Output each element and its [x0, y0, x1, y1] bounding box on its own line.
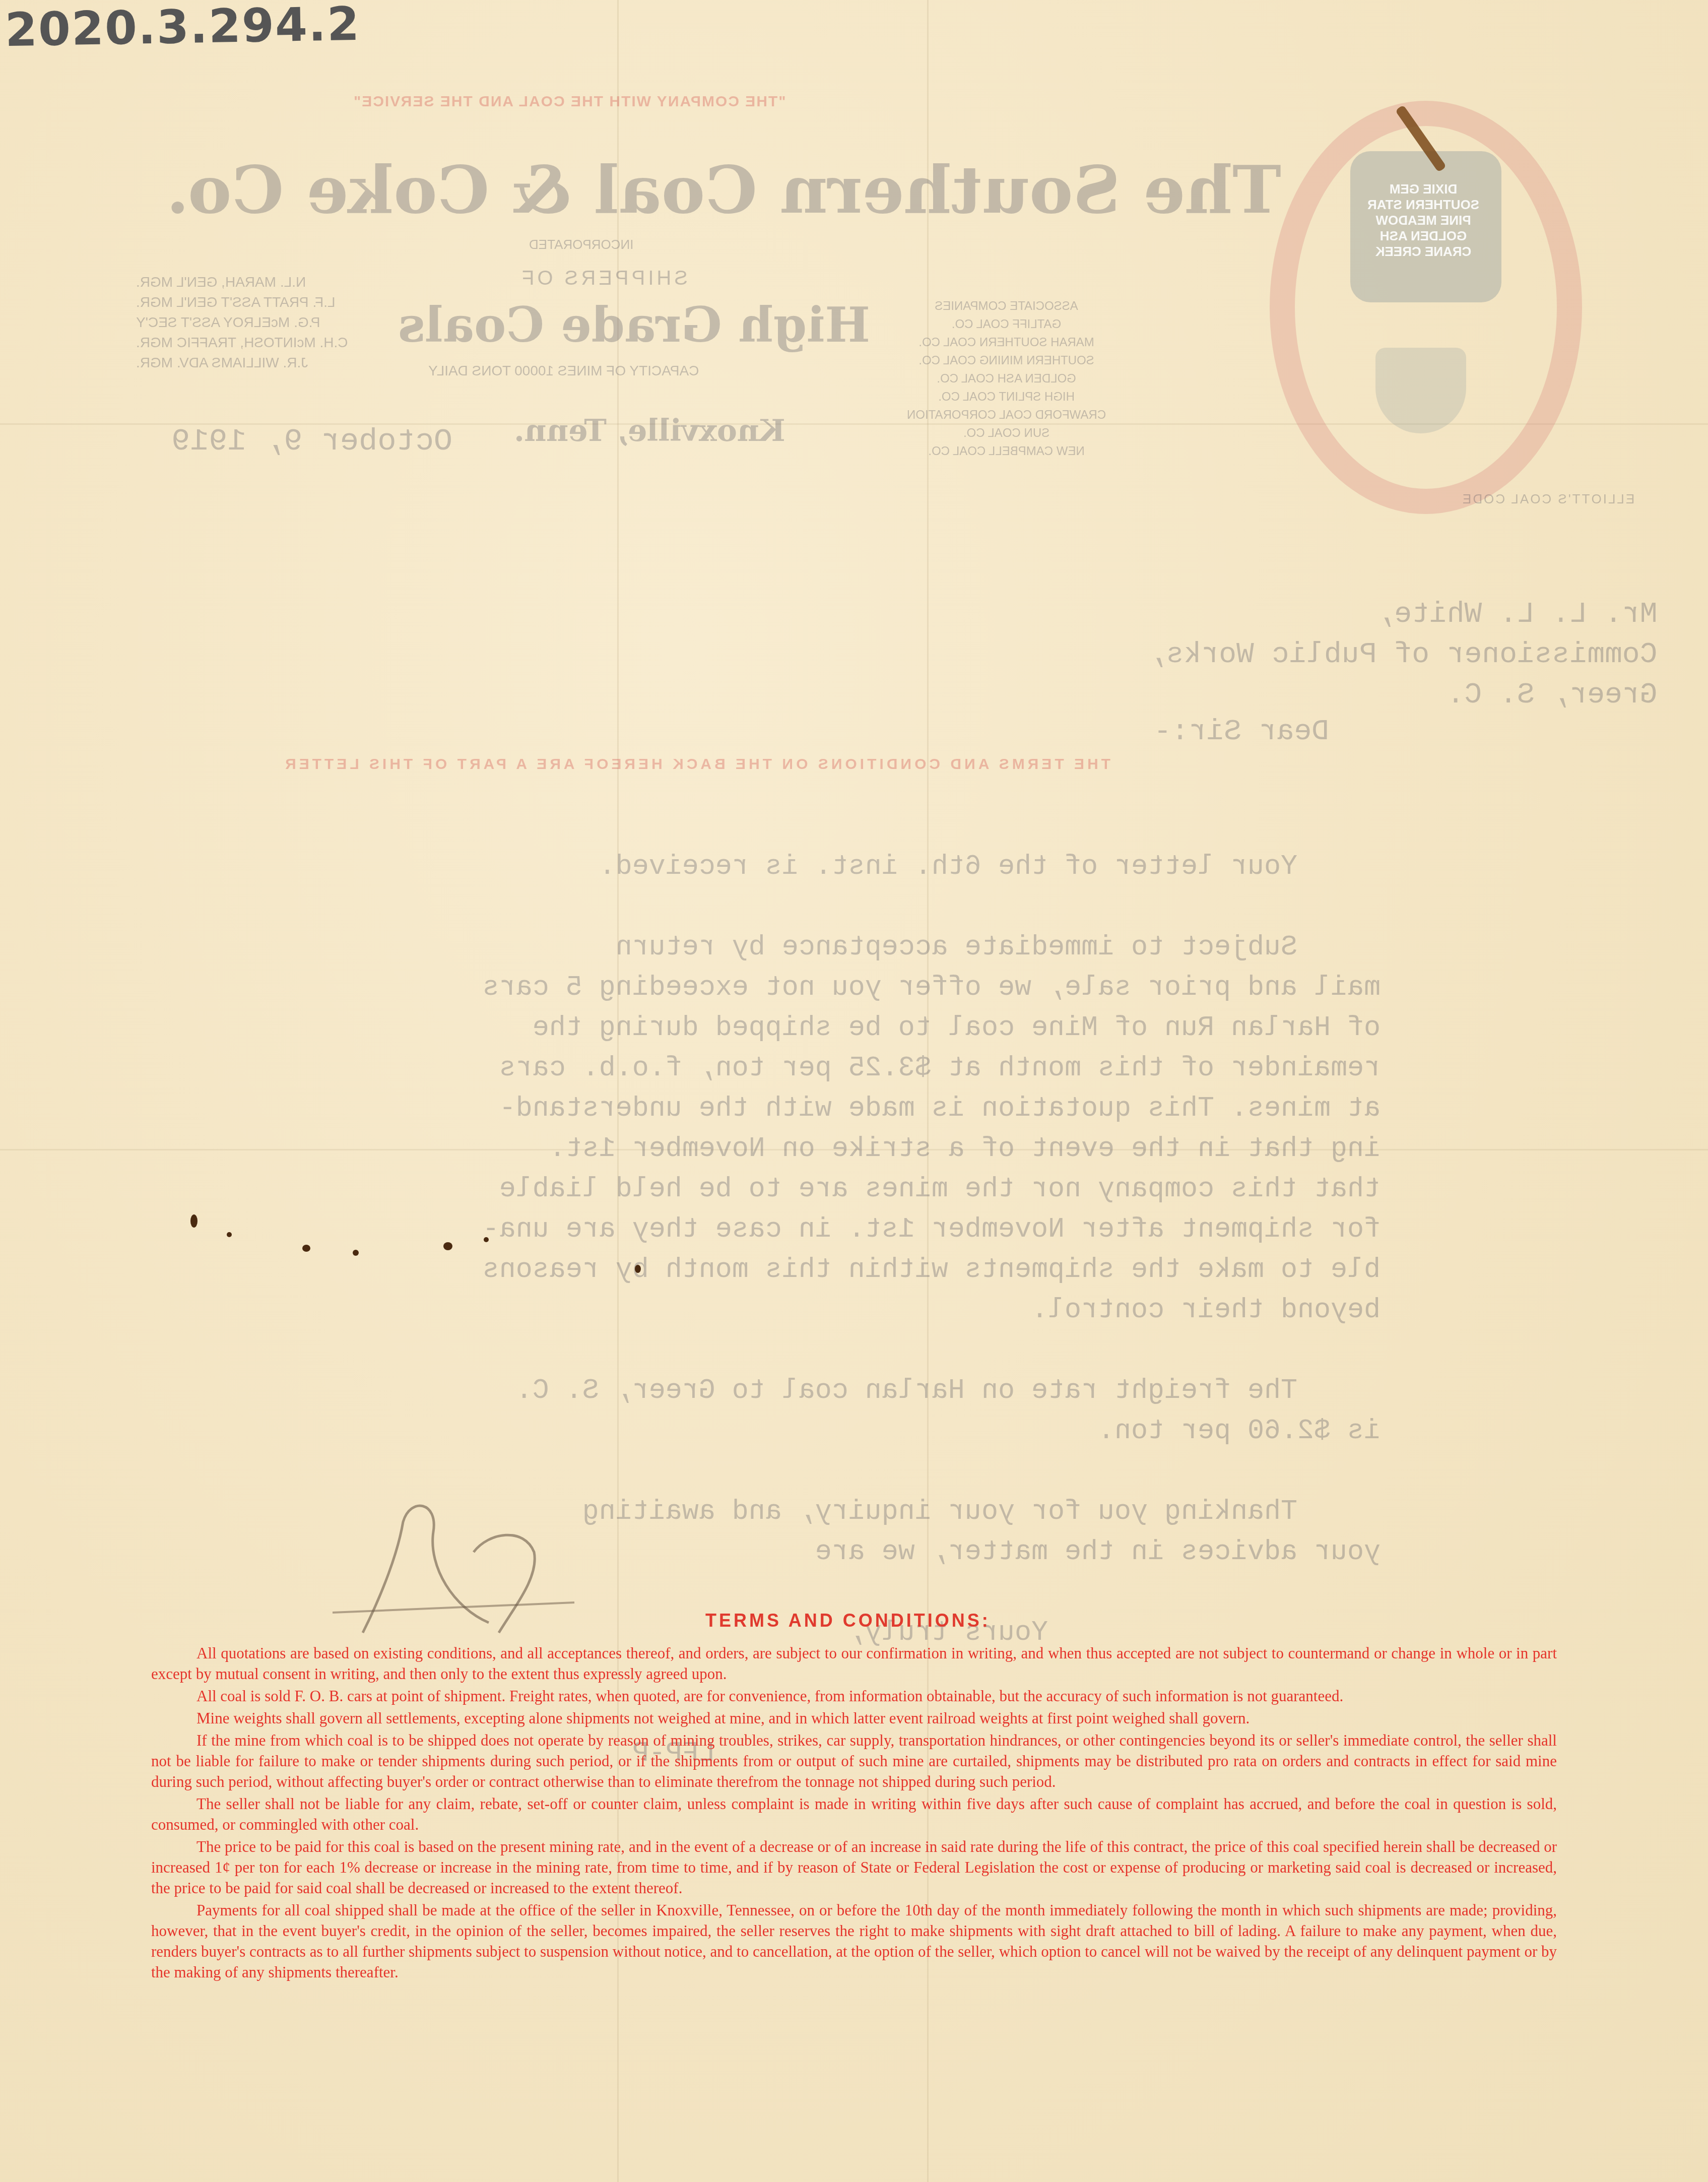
terms-paragraph: All coal is sold F. O. B. cars at point …: [151, 1686, 1557, 1706]
associate-company: MARAH SOUTHERN COAL CO.: [907, 334, 1106, 352]
terms-notice: THE TERMS AND CONDITIONS ON THE BACK HER…: [282, 756, 1110, 773]
letterhead-officers: N.L. MARAH, GEN'L MGR. L.F. PRATT ASS'T …: [136, 272, 348, 373]
officer: J.R. WILLIAMS ADV. MGR.: [136, 353, 348, 373]
accession-number: 2020.3.294.2: [5, 0, 361, 57]
terms-paragraph: The price to be paid for this coal is ba…: [151, 1836, 1557, 1898]
terms-paragraph: Mine weights shall govern all settlement…: [151, 1708, 1557, 1728]
salutation: Dear Sir:-: [1154, 716, 1329, 748]
terms-paragraph: The seller shall not be liable for any c…: [151, 1793, 1557, 1835]
recipient-address: Mr. L. L. White, Commissioner of Public …: [1149, 595, 1657, 716]
letterhead-capacity: CAPACITY OF MINES 10000 TONS DAILY: [428, 363, 699, 379]
letterhead-company-name: The Southern Coal & Coke Co.: [166, 151, 1281, 228]
associate-company: SUN COAL CO.: [907, 424, 1106, 442]
terms-paragraph: If the mine from which coal is to be shi…: [151, 1730, 1557, 1792]
officer: N.L. MARAH, GEN'L MGR.: [136, 272, 348, 292]
letterhead-shippers-of: SHIPPERS OF: [519, 267, 688, 290]
terms-paragraph: Payments for all coal shipped shall be m…: [151, 1900, 1557, 1982]
officer: P.G. McELROY ASS'T SEC'Y: [136, 312, 348, 333]
letterhead-incorporated: INCORPORATED: [529, 237, 634, 252]
associate-company: GOLDEN ASH COAL CO.: [907, 370, 1106, 388]
associate-title: ASSOCIATE COMPANIES: [907, 297, 1106, 315]
letterhead-associate-companies: ASSOCIATE COMPANIES GATLIFF COAL CO. MAR…: [907, 297, 1106, 461]
terms-paragraph: All quotations are based on existing con…: [151, 1643, 1557, 1684]
associate-company: SOUTHERN MINING COAL CO.: [907, 352, 1106, 370]
associate-company: NEW CAMPBELL COAL CO.: [907, 442, 1106, 461]
officer: C.H. McINTOSH, TRAFFIC MGR.: [136, 333, 348, 353]
associate-company: GATLIFF COAL CO.: [907, 315, 1106, 334]
associate-company: CRAWFORD COAL CORPORATION: [907, 406, 1106, 424]
seal-brands: DIXIE GEM SOUTHERN STAR PINE MEADOW GOLD…: [1290, 181, 1557, 260]
associate-company: HIGH SPLINT COAL CO.: [907, 388, 1106, 406]
letterhead-product: High Grade Coals: [398, 297, 870, 353]
officer: L.F. PRATT ASS'T GEN'L MGR.: [136, 292, 348, 312]
letter-date: October 9, 1919: [171, 423, 452, 459]
terms-and-conditions: All quotations are based on existing con…: [151, 1643, 1557, 1984]
terms-title: TERMS AND CONDITIONS:: [705, 1610, 991, 1631]
coal-code: ELLIOTT'S COAL CODE: [1461, 491, 1634, 507]
letter-city: Knoxville, Tenn.: [514, 413, 785, 448]
letterhead-slogan: "THE COMPANY WITH THE COAL AND THE SERVI…: [353, 93, 786, 110]
